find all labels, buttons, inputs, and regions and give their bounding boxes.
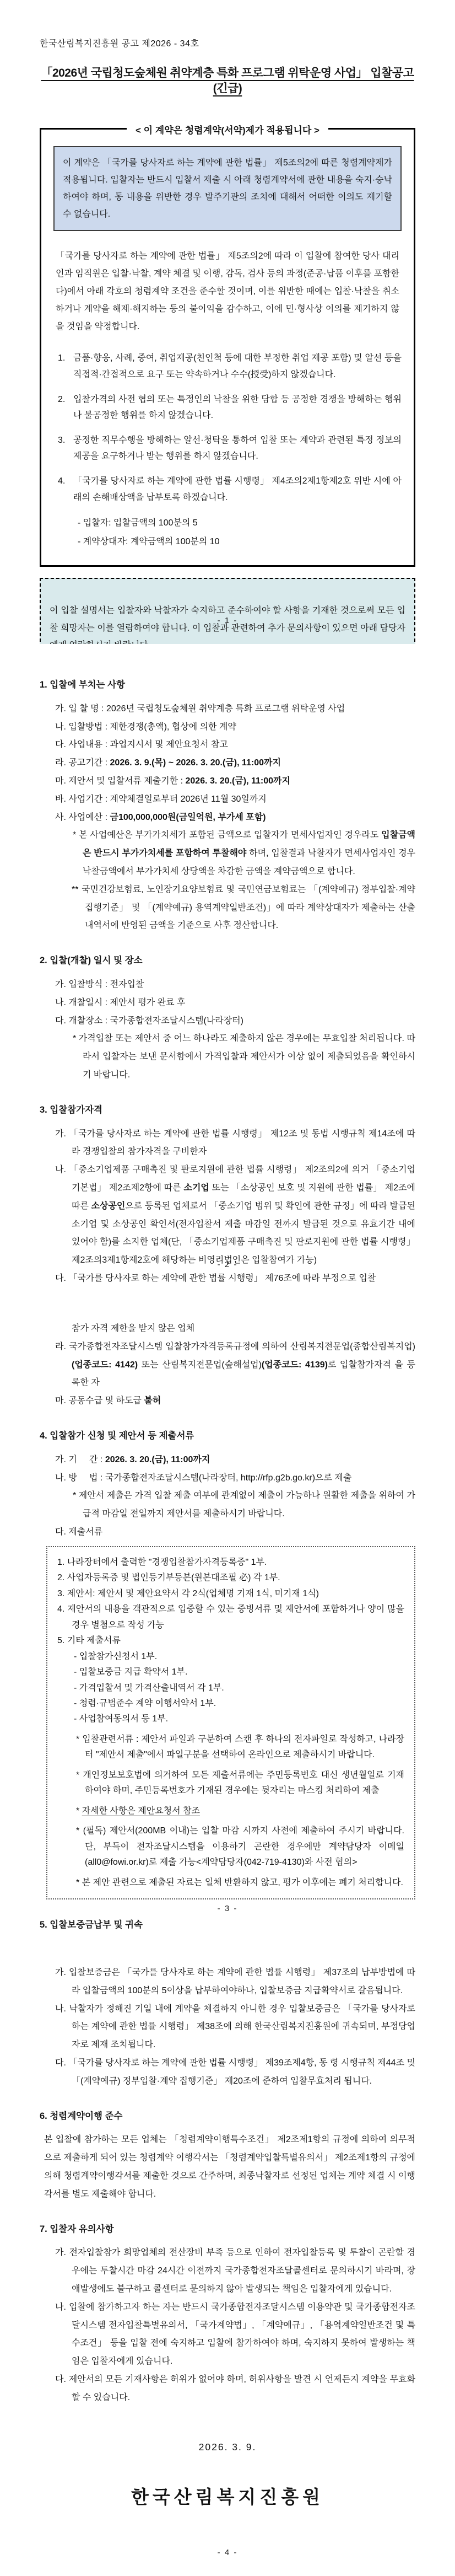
integrity-box-legend: < 이 계약은 청렴계약(서약)제가 적용됩니다 > <box>127 122 328 136</box>
doc-line: 마. 제안서 및 입찰서류 제출기한 : 2026. 3. 20.(금), 11… <box>40 772 415 791</box>
doc-line: 다. 「국가를 당사자로 하는 계약에 관한 법률 시행령」 제39조제4항, … <box>40 2054 415 2091</box>
doc-line: 가. 「국가를 당사자로 하는 계약에 관한 법률 시행령」 제12조 및 동법… <box>40 1125 415 1162</box>
doc-line: 가. 입 찰 명 : 2026년 국립청도숲체원 취약계층 특화 프로그램 위탁… <box>40 700 415 718</box>
doc-line: 나. 입찰에 참가하고자 하는 자는 반드시 국가종합전자조달시스템 이용약관 … <box>40 2299 415 2371</box>
page-body: 1. 입찰에 부치는 사항가. 입 찰 명 : 2026년 국립청도숲체원 취약… <box>40 644 415 1288</box>
doc-line: * 본 제안 관련으로 제출된 자료는 일체 반환하지 않고, 평가 이후에는 … <box>57 1875 404 1891</box>
doc-line: * 자세한 사항은 제안요청서 참조 <box>57 1804 404 1819</box>
doc-line: 다. 개찰장소 : 국가종합전자조달시스템(나라장터) <box>40 1012 415 1031</box>
emphasized-text: (업종코드: 4139) <box>262 1360 328 1370</box>
doc-line: * (필독) 제안서(200MB 이내)는 입찰 마감 시까지 사전에 제출하여… <box>57 1823 404 1870</box>
page-body: 참가 자격 제한을 받지 않은 업체라. 국가종합전자조달시스템 입찰참가자격등… <box>40 1288 415 1932</box>
doc-line: - 가격입찰서 및 가격산출내역서 각 1부. <box>57 1681 404 1696</box>
emphasized-text: 금100,000,000원(금일억원, 부가세 포함) <box>110 813 266 822</box>
section-heading: 3. 입찰참가자격 <box>40 1101 415 1120</box>
doc-line: - 입찰보증금 지급 확약서 1부. <box>57 1665 404 1680</box>
doc-line: * 개인정보보호법에 의거하여 모든 제출서류에는 주민등록번호 대신 생년월일… <box>57 1768 404 1799</box>
page-body: 가. 입찰보증금은 「국가를 당사자로 하는 계약에 관한 법률 시행령」 제3… <box>40 1932 415 2407</box>
page-number: - 1 - <box>0 616 455 625</box>
doc-line: - 입찰참가신청서 1부. <box>57 1649 404 1665</box>
doc-line: * 본 사업예산은 부가가치세가 포함된 금액으로 입찰자가 면세사업자인 경우… <box>40 827 415 881</box>
damage-rate-line: - 계약상대자: 계약금액의 100분의 10 <box>78 533 402 551</box>
attachments-box: 1. 나라장터에서 출력한 "경쟁입찰참가자격등록증" 1부.2. 사업자등록증… <box>46 1546 415 1899</box>
emphasized-text: (업종코드: 4142) <box>72 1360 138 1370</box>
doc-line: 나. 개찰일시 : 제안서 평가 완료 후 <box>40 994 415 1012</box>
doc-line: 다. 제안서의 모든 기재사항은 허위가 없어야 하며, 허위사항을 발견 시 … <box>40 2371 415 2407</box>
doc-line: 나. 방 법 : 국가종합전자조달시스템(나라장터, http://rfp.g2… <box>40 1469 415 1488</box>
integrity-pledge-text: 「국가를 당사자로 하는 계약에 관한 법률」 제5조의2에 따라 이 입찰에 … <box>53 248 402 336</box>
doc-line: 가. 입찰보증금은 「국가를 당사자로 하는 계약에 관한 법률 시행령」 제3… <box>40 1964 415 2000</box>
page-title: 「2026년 국립청도숲체원 취약계층 특화 프로그램 위탁운영 사업」 입찰공… <box>40 66 415 97</box>
emphasized-text: 소기업 <box>184 1183 209 1193</box>
doc-line: 나. 낙찰자가 정해진 기일 내에 계약을 체결하지 아니한 경우 입찰보증금은… <box>40 2000 415 2054</box>
doc-line: 2. 사업자등록증 및 법인등기부등본(원본대조필 必) 각 1부. <box>57 1570 404 1586</box>
doc-line: 라. 공고기간 : 2026. 3. 9.(목) ~ 2026. 3. 20.(… <box>40 754 415 772</box>
page-1: 한국산림복지진흥원 공고 제2026 - 34호 「2026년 국립청도숲체원 … <box>0 0 455 644</box>
doc-line: * 제안서 제출은 가격 입찰 제출 여부에 관계없이 제출이 가능하나 원활한… <box>40 1487 415 1523</box>
doc-line: - 사업참여동의서 등 1부. <box>57 1711 404 1727</box>
emphasized-text: 2026. 3. 20.(금), 11:00까지 <box>186 776 290 786</box>
doc-line: 1. 나라장터에서 출력한 "경쟁입찰참가자격등록증" 1부. <box>57 1555 404 1570</box>
doc-line: 참가 자격 제한을 받지 않은 업체 <box>40 1320 415 1338</box>
contact-info-box: 이 입찰 설명서는 입찰자와 낙찰자가 숙지하고 준수하여야 할 사항을 기재한… <box>40 578 415 644</box>
section-heading: 2. 입찰(개찰) 일시 및 장소 <box>40 952 415 970</box>
damages-list: - 입찰자: 입찰금액의 100분의 5- 계약상대자: 계약금액의 100분의… <box>53 514 402 551</box>
integrity-contract-box: < 이 계약은 청렴계약(서약)제가 적용됩니다 > 이 계약은 「국가를 당사… <box>40 128 415 567</box>
integrity-item: 1.금품·향응, 사례, 증여, 취업제공(친인척 등에 대한 부정한 취업 제… <box>53 350 402 383</box>
item-number: 1. <box>58 350 65 367</box>
doc-line: 3. 제안서: 제안서 및 제안요약서 각 2식(업체명 기재 1식, 미기재 … <box>57 1586 404 1602</box>
page-number: - 4 - <box>0 2548 455 2557</box>
doc-line: 마. 공동수급 및 하도급 불허 <box>40 1392 415 1410</box>
item-number: 3. <box>58 432 65 449</box>
integrity-item-list: 1.금품·향응, 사례, 증여, 취업제공(친인척 등에 대한 부정한 취업 제… <box>53 350 402 506</box>
item-number: 2. <box>58 391 65 408</box>
doc-line: 나. 「중소기업제품 구매촉진 및 판로지원에 관한 법률 시행령」 제2조의2… <box>40 1161 415 1270</box>
damage-rate-line: - 입찰자: 입찰금액의 100분의 5 <box>78 514 402 533</box>
section-heading: 1. 입찰에 부치는 사항 <box>40 676 415 695</box>
doc-line: ** 국민건강보험료, 노인장기요양보험료 및 국민연금보험료는 「(계약예규)… <box>40 881 415 935</box>
emphasized-text: 불허 <box>144 1396 161 1405</box>
doc-line: 다. 사업내용 : 과업지시서 및 제안요청서 참고 <box>40 736 415 754</box>
section-heading: 7. 입찰자 유의사항 <box>40 2220 415 2239</box>
section-heading: 5. 입찰보증금납부 및 귀속 <box>40 1916 415 1932</box>
integrity-item: 2.입찰가격의 사전 협의 또는 특정인의 낙찰을 위한 담합 등 공정한 경쟁… <box>53 391 402 424</box>
page-4: 가. 입찰보증금은 「국가를 당사자로 하는 계약에 관한 법률 시행령」 제3… <box>0 1932 455 2576</box>
section-heading: 6. 청렴계약이행 준수 <box>40 2107 415 2126</box>
doc-line: 다. 제출서류 <box>40 1523 415 1542</box>
doc-line: 가. 전자입찰참가 희망업체의 전산장비 부족 등으로 인하여 전자입찰등록 및… <box>40 2244 415 2298</box>
doc-line: 4. 제안서의 내용을 객관적으로 입증할 수 있는 증빙서류 및 제안서에 포… <box>57 1602 404 1633</box>
doc-line: * 가격입찰 또는 제안서 중 어느 하나라도 제출하지 않은 경우에는 무효입… <box>40 1030 415 1084</box>
item-number: 4. <box>58 473 65 490</box>
doc-line: 사. 사업예산 : 금100,000,000원(금일억원, 부가세 포함) <box>40 809 415 827</box>
doc-line: 가. 기 간 : 2026. 3. 20.(금), 11:00까지 <box>40 1451 415 1469</box>
notice-number: 한국산림복지진흥원 공고 제2026 - 34호 <box>40 0 415 49</box>
page-3: 참가 자격 제한을 받지 않은 업체라. 국가종합전자조달시스템 입찰참가자격등… <box>0 1288 455 1932</box>
doc-line: * 입찰관련서류 : 제안서 파일과 구분하여 스캔 후 하나의 전자파일로 작… <box>57 1732 404 1763</box>
document: 한국산림복지진흥원 공고 제2026 - 34호 「2026년 국립청도숲체원 … <box>0 0 455 2576</box>
doc-line: 본 입찰에 참가하는 모든 업체는 「청렴계약이행특수조건」 제2조제1항의 규… <box>40 2131 415 2203</box>
integrity-item: 4.「국가를 당사자로 하는 계약에 관한 법률 시행령」 제4조의2제1항제2… <box>53 473 402 506</box>
emphasized-text: 자세한 사항은 제안요청서 참조 <box>82 1806 200 1816</box>
emphasized-text: 2026. 3. 9.(목) ~ 2026. 3. 20.(금), 11:00까… <box>110 758 281 768</box>
doc-line: 나. 입찰방법 : 제한경쟁(총액), 협상에 의한 계약 <box>40 718 415 737</box>
doc-line: 바. 사업기간 : 계약체결일로부터 2026년 11월 30일까지 <box>40 791 415 809</box>
emphasized-text: 소상공인 <box>91 1201 126 1211</box>
integrity-intro-box: 이 계약은 「국가를 당사자로 하는 계약에 관한 법률」 제5조의2에 따른 … <box>53 146 402 232</box>
section-heading: 4. 입찰참가 신청 및 제안서 등 제출서류 <box>40 1427 415 1446</box>
doc-line: 다. 「국가를 당사자로 하는 계약에 관한 법률 시행령」 제76조에 따라 … <box>40 1270 415 1288</box>
page-number: - 3 - <box>0 1904 455 1913</box>
emphasized-text: 입찰금액은 반드시 부가가치세를 포함하여 투찰해야 <box>83 830 415 858</box>
doc-line: 가. 입찰방식 : 전자입찰 <box>40 976 415 994</box>
emphasized-text: 2026. 3. 20.(금), 11:00까지 <box>105 1455 210 1464</box>
doc-line: - 청렴·규범준수 계약 이행서약서 1부. <box>57 1696 404 1711</box>
integrity-item: 3.공정한 직무수행을 방해하는 알선·청탁을 통하여 입찰 또는 계약과 관련… <box>53 432 402 465</box>
doc-line: 라. 국가종합전자조달시스템 입찰참가자격등록규정에 의하여 산림복지전문업(종… <box>40 1338 415 1392</box>
page-2: 1. 입찰에 부치는 사항가. 입 찰 명 : 2026년 국립청도숲체원 취약… <box>0 644 455 1288</box>
announcement-date: 2026. 3. 9. <box>40 2441 415 2453</box>
issuing-organization: 한국산림복지진흥원 <box>40 2483 415 2509</box>
page-number: - 2 - <box>0 1260 455 1269</box>
doc-line: 5. 기타 제출서류 <box>57 1633 404 1649</box>
